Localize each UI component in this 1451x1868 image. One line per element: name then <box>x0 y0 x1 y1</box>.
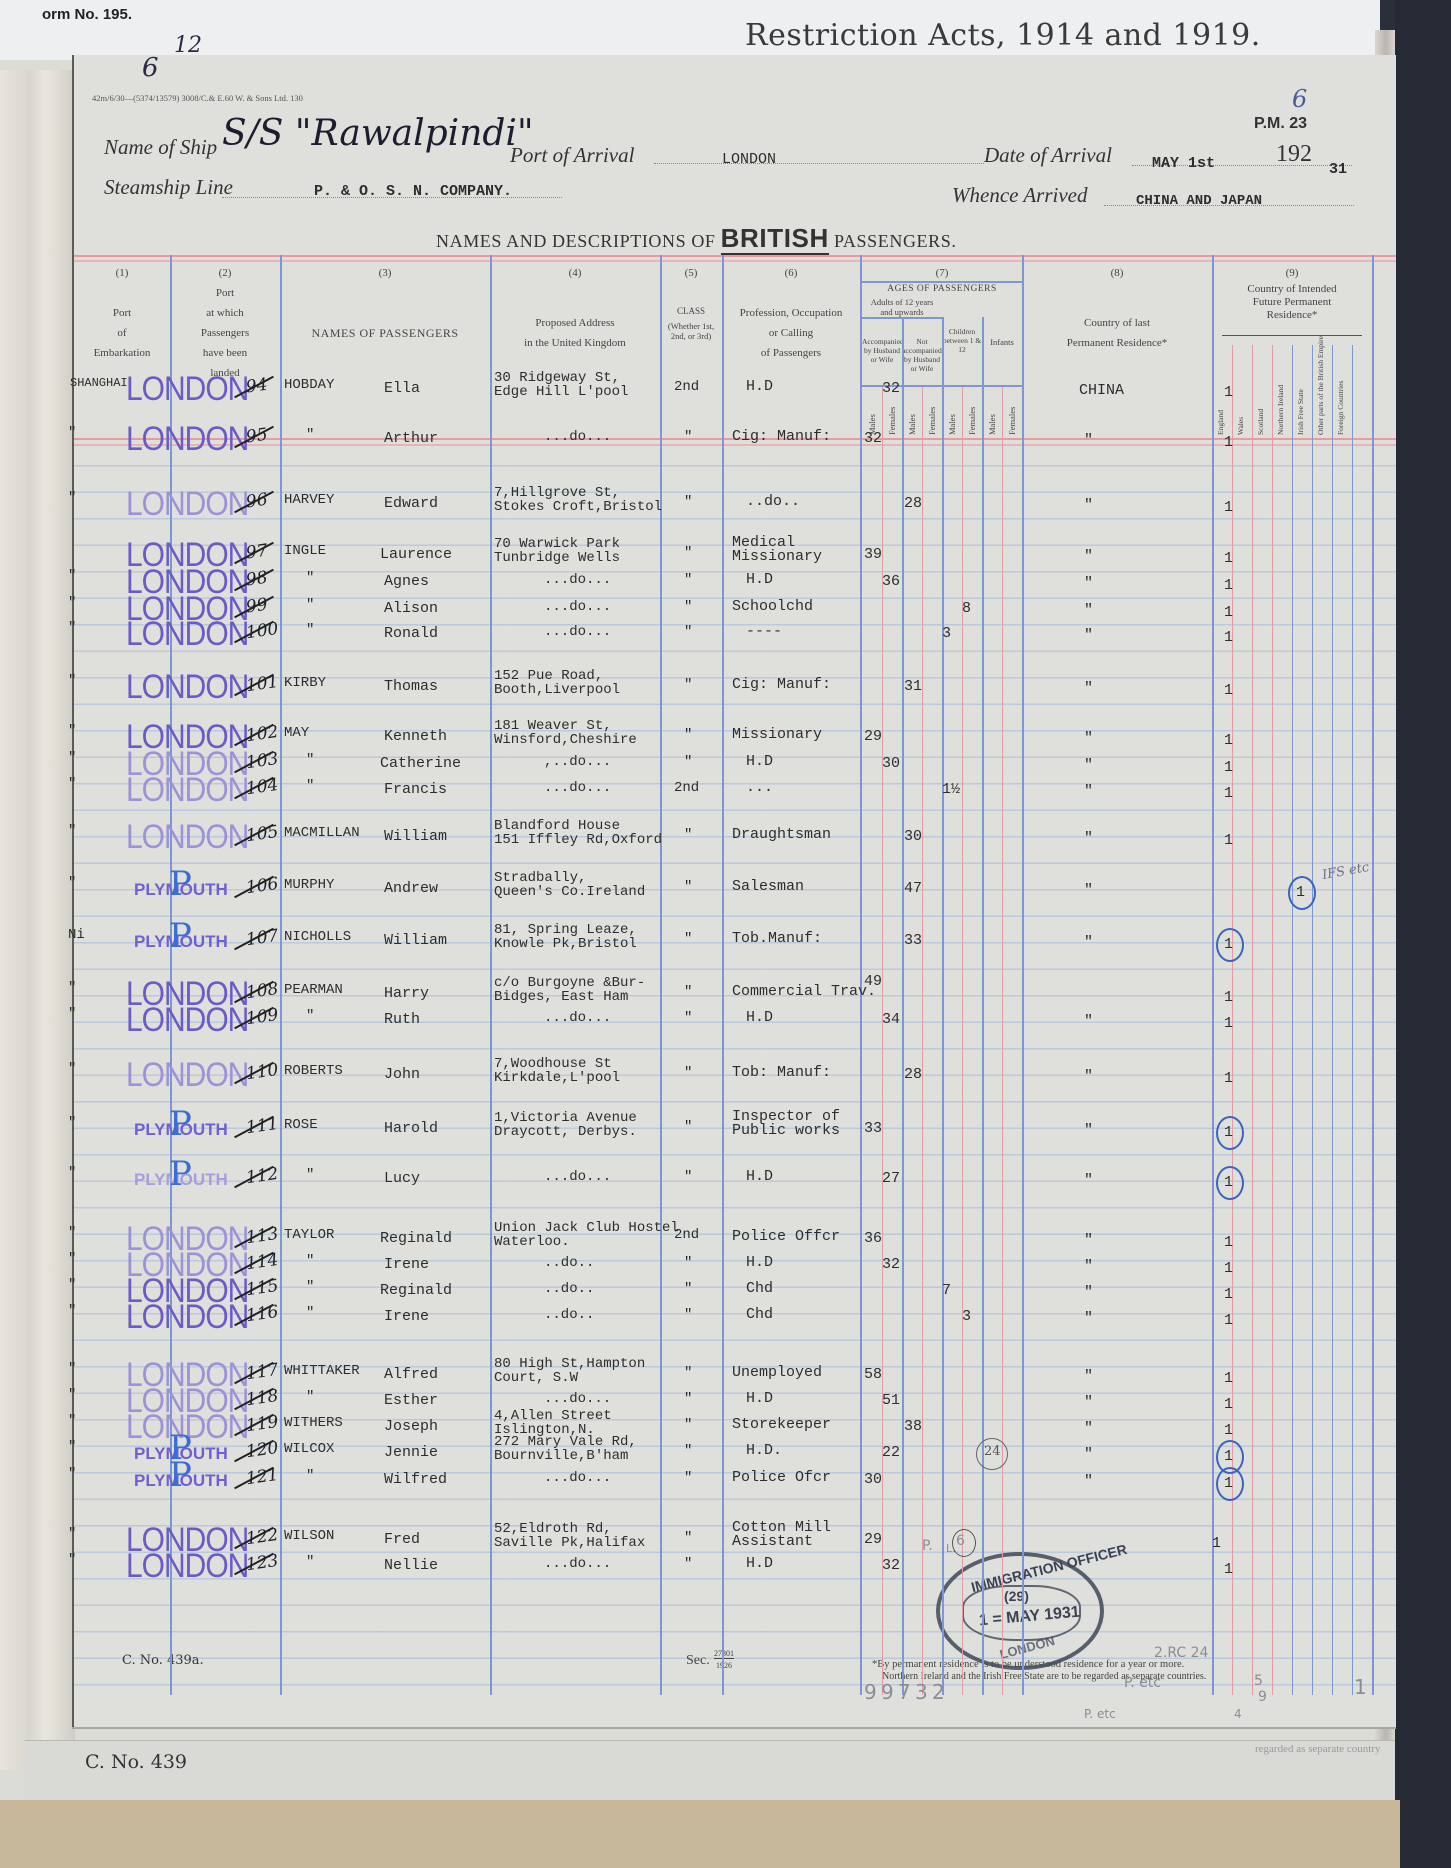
surname: MURPHY <box>284 878 334 892</box>
pencil-annotation: 1 <box>1354 1675 1367 1699</box>
occupation: H.D <box>746 380 773 394</box>
country-last-residence: " <box>1084 1172 1093 1189</box>
future-residence-sub-label: Wales <box>1236 351 1245 435</box>
port-of-embarkation: " <box>68 1226 76 1240</box>
passenger-class: " <box>684 573 692 587</box>
country-last-residence: " <box>1084 1284 1093 1301</box>
port-of-embarkation: SHANGHAI <box>70 376 128 390</box>
passenger-class: " <box>684 625 692 639</box>
future-residence-count: 1 <box>1224 1370 1233 1387</box>
sec-numerator: 27301 <box>714 1649 734 1659</box>
future-residence-count: 1 <box>1224 434 1233 451</box>
males-label: Males <box>987 395 997 435</box>
given-name: Kenneth <box>384 728 447 745</box>
port-of-embarkation: " <box>68 1062 76 1076</box>
proposed-address: ...do... <box>544 1392 611 1406</box>
females-label: Females <box>967 395 977 435</box>
port-of-embarkation: " <box>68 1304 76 1318</box>
accompanied-header: Accompanied by Husband or Wife <box>862 337 902 364</box>
future-residence-sub-label: Irish Free State <box>1296 351 1305 435</box>
occupation: ---- <box>746 625 782 639</box>
underlying-page-note: regarded as separate country <box>1255 1743 1381 1755</box>
country-last-residence: " <box>1084 1420 1093 1437</box>
passenger-class: " <box>684 1170 692 1184</box>
occupation: ..do.. <box>746 495 800 509</box>
dark-background <box>1395 0 1451 1868</box>
passenger-class: " <box>684 880 692 894</box>
proposed-address: 52,Eldroth Rd, Saville Pk,Halifax <box>494 1522 645 1550</box>
date-value: MAY 1st <box>1152 155 1215 172</box>
proposed-address: 152 Pue Road, Booth,Liverpool <box>494 669 620 697</box>
country-last-residence: " <box>1084 602 1093 619</box>
surname: KIRBY <box>284 676 326 690</box>
males-label: Males <box>907 395 917 435</box>
pm-number-hand: 6 <box>1292 85 1307 113</box>
landing-port-stamp: LONDON <box>126 370 248 409</box>
proposed-address: ...do... <box>544 1471 611 1485</box>
col9-header: (9) Country of Intended Future Permanent… <box>1212 263 1372 322</box>
pm-number: P.M. 23 <box>1254 115 1307 133</box>
proposed-address: ...do... <box>544 573 611 587</box>
passenger-class: " <box>684 1011 692 1025</box>
given-name: Reginald <box>380 1282 452 1299</box>
given-name: Reginald <box>380 1230 452 1247</box>
future-residence-count: 1 <box>1224 1234 1233 1251</box>
port-of-embarkation: " <box>68 1440 76 1454</box>
top-sheet-title: Restriction Acts, 1914 and 1919. <box>745 18 1261 53</box>
given-name: Andrew <box>384 880 438 897</box>
country-last-residence: " <box>1084 830 1093 847</box>
occupation: Cotton Mill Assistant <box>732 1521 831 1549</box>
ship-value: S/S "Rawalpindi" <box>222 113 534 154</box>
given-name: Joseph <box>384 1418 438 1435</box>
occupation: Cig: Manuf: <box>732 678 831 692</box>
proposed-address: 30 Ridgeway St, Edge Hill L'pool <box>494 371 628 399</box>
port-of-embarkation: " <box>68 426 76 440</box>
port-value: LONDON <box>722 151 776 168</box>
proposed-address: 181 Weaver St, Winsford,Cheshire <box>494 719 637 747</box>
pencil-total: 9 <box>864 1680 877 1704</box>
surname: ROSE <box>284 1118 318 1132</box>
future-residence-sub-label: Other parts of the British Empire <box>1316 351 1325 435</box>
surname: TAYLOR <box>284 1228 334 1242</box>
landing-port-stamp: LONDON <box>126 1001 248 1040</box>
page-title: NAMES AND DESCRIPTIONS OF BRITISH PASSEN… <box>436 223 956 254</box>
proposed-address: 70 Warwick Park Tunbridge Wells <box>494 537 620 565</box>
age: 51 <box>882 1392 900 1409</box>
age: 49 <box>864 973 882 990</box>
proposed-address: ...do... <box>544 600 611 614</box>
port-of-embarkation: " <box>68 1252 76 1266</box>
age: 33 <box>864 1120 882 1137</box>
passenger-class: " <box>684 1471 692 1485</box>
passenger-class: " <box>684 1120 692 1134</box>
p-mark-icon: P <box>169 864 192 904</box>
future-residence-count: 1 <box>1224 732 1233 749</box>
not-accompanied-header: Not accompanied by Husband or Wife <box>902 337 942 373</box>
proposed-address: 80 High St,Hampton Court, S.W <box>494 1357 645 1385</box>
surname: " <box>306 1254 314 1268</box>
occupation: Missionary <box>732 728 822 742</box>
surname: ROBERTS <box>284 1064 343 1078</box>
given-name: Agnes <box>384 573 429 590</box>
country-last-residence: " <box>1084 548 1093 565</box>
surname: " <box>306 1390 314 1404</box>
page-number-hand: 6 <box>142 53 159 83</box>
passenger-class: " <box>684 600 692 614</box>
females-label: Females <box>927 395 937 435</box>
surname: NICHOLLS <box>284 930 351 944</box>
age: 8 <box>962 600 971 617</box>
proposed-address: Union Jack Club Hostel Waterloo. <box>494 1221 679 1249</box>
occupation: H.D <box>746 573 773 587</box>
country-last-residence: " <box>1084 1013 1093 1030</box>
future-residence-count: 1 <box>1224 785 1233 802</box>
line-label: Steamship Line <box>104 175 233 200</box>
passenger-class: " <box>684 1531 692 1545</box>
ship-label: Name of Ship <box>104 135 217 160</box>
occupation: Police Offcr <box>732 1230 840 1244</box>
proposed-address: 81, Spring Leaze, Knowle Pk,Bristol <box>494 923 637 951</box>
future-residence-count: 1 <box>1224 1422 1233 1439</box>
proposed-address: 272 Mary Vale Rd, Bournville,B'ham <box>494 1435 637 1463</box>
occupation: H.D <box>746 1170 773 1184</box>
pencil-annotation: P. <box>922 1538 933 1554</box>
landing-port-stamp: LONDON <box>126 485 248 524</box>
future-residence-count: 1 <box>1224 759 1233 776</box>
surname: HARVEY <box>284 493 334 507</box>
given-name: Arthur <box>384 430 438 447</box>
given-name: Irene <box>384 1308 429 1325</box>
surname: INGLE <box>284 544 326 558</box>
passenger-class: " <box>684 430 692 444</box>
pencil-total: 3 <box>915 1680 928 1704</box>
port-of-embarkation: " <box>68 751 76 765</box>
proposed-address: Stradbally, Queen's Co.Ireland <box>494 871 645 899</box>
passenger-class: 2nd <box>674 380 699 394</box>
year-suffix: 31 <box>1329 161 1347 178</box>
passenger-class: " <box>684 932 692 946</box>
proposed-address: ...do... <box>544 625 611 639</box>
future-residence-count: 1 <box>1224 1396 1233 1413</box>
given-name: Catherine <box>380 755 461 772</box>
port-of-embarkation: Ni <box>68 928 85 942</box>
surname: " <box>306 1280 314 1294</box>
country-last-residence: " <box>1084 680 1093 697</box>
country-last-residence: " <box>1084 1258 1093 1275</box>
passenger-class: " <box>684 1282 692 1296</box>
age: 29 <box>864 1531 882 1548</box>
country-last-residence: " <box>1084 1310 1093 1327</box>
proposed-address: ..do.. <box>544 1282 594 1296</box>
future-residence-count: 1 <box>1224 629 1233 646</box>
port-of-embarkation: " <box>68 1388 76 1402</box>
col3-header: (3) NAMES OF PASSENGERS <box>280 263 490 343</box>
landing-port-stamp: LONDON <box>126 1547 248 1586</box>
col6-header: (6) Profession, Occupation or Calling of… <box>722 263 860 363</box>
surname: HOBDAY <box>284 378 334 392</box>
surname: WILCOX <box>284 1442 334 1456</box>
form-number: C. No. 439a. <box>122 1653 204 1668</box>
p-mark-icon: P <box>169 1455 192 1495</box>
given-name: Harry <box>384 985 429 1002</box>
males-label: Males <box>867 395 877 435</box>
surname: MACMILLAN <box>284 826 360 840</box>
age: 27 <box>882 1170 900 1187</box>
future-residence-sub-label: Foreign Countries <box>1336 351 1345 435</box>
country-last-residence: " <box>1084 730 1093 747</box>
pencil-annotation: 9 <box>1258 1689 1267 1705</box>
proposed-address: 4,Allen Street Islington,N. <box>494 1409 612 1437</box>
port-of-embarkation: " <box>68 981 76 995</box>
males-label: Males <box>947 395 957 435</box>
passenger-class: 2nd <box>674 781 699 795</box>
occupation: H.D <box>746 1557 773 1571</box>
circled-mark-icon <box>1216 1166 1244 1200</box>
given-name: Laurence <box>380 546 452 563</box>
country-last-residence: " <box>1084 1068 1093 1085</box>
age: 3 <box>942 625 951 642</box>
surname: " <box>306 428 314 442</box>
passenger-class: " <box>684 1066 692 1080</box>
landing-port-stamp: LONDON <box>126 771 248 810</box>
age: 30 <box>904 828 922 845</box>
port-of-embarkation: " <box>68 1362 76 1376</box>
occupation: Medical Missionary <box>732 536 822 564</box>
pencil-annotation: P. etc <box>1124 1675 1161 1691</box>
sec-label: Sec. <box>686 1653 710 1669</box>
occupation: H.D <box>746 1011 773 1025</box>
age: 30 <box>882 755 900 772</box>
proposed-address: 7,Woodhouse St Kirkdale,L'pool <box>494 1057 620 1085</box>
future-residence-count: 1 <box>1224 1260 1233 1277</box>
country-last-residence: " <box>1084 757 1093 774</box>
line-value: P. & O. S. N. COMPANY. <box>314 183 512 200</box>
age: 32 <box>882 380 900 397</box>
circled-mark-icon <box>1216 1467 1244 1501</box>
passenger-class: " <box>684 755 692 769</box>
given-name: Alison <box>384 600 438 617</box>
age: 28 <box>904 1066 922 1083</box>
port-of-embarkation: " <box>68 824 76 838</box>
country-last-residence: " <box>1084 1446 1093 1463</box>
occupation: H.D <box>746 1392 773 1406</box>
given-name: William <box>384 828 447 845</box>
future-residence-sub-label: Scotland <box>1256 351 1265 435</box>
print-code: 42m/6/30—(5374/13579) 3008/C.& E.60 W. &… <box>92 93 303 103</box>
country-last-residence: CHINA <box>1079 382 1124 399</box>
port-of-embarkation: " <box>68 596 76 610</box>
occupation: Unemployed <box>732 1366 822 1380</box>
passenger-class: " <box>684 728 692 742</box>
future-residence-count: 1 <box>1224 1286 1233 1303</box>
given-name: Harold <box>384 1120 438 1137</box>
age: 47 <box>904 880 922 897</box>
given-name: Thomas <box>384 678 438 695</box>
passenger-class: " <box>684 495 692 509</box>
whence-label: Whence Arrived <box>952 183 1087 208</box>
occupation: Cig: Manuf: <box>732 430 831 444</box>
passenger-class: " <box>684 1366 692 1380</box>
col4-header: (4) Proposed Address in the United Kingd… <box>490 263 660 353</box>
country-last-residence: " <box>1084 497 1093 514</box>
landing-port-stamp: LONDON <box>126 1298 248 1337</box>
adults-header: Adults of 12 years and upwards <box>864 297 940 317</box>
children-header: Children between 1 & 12 <box>942 327 982 354</box>
country-last-residence: " <box>1084 934 1093 951</box>
age: 34 <box>882 1011 900 1028</box>
females-label: Females <box>1007 395 1017 435</box>
occupation: Salesman <box>732 880 804 894</box>
surname: " <box>306 598 314 612</box>
circled-mark-icon <box>1216 1116 1244 1150</box>
given-name: Nellie <box>384 1557 438 1574</box>
occupation: H.D <box>746 1256 773 1270</box>
p-mark-icon: P <box>169 916 192 956</box>
port-of-embarkation: " <box>68 1553 76 1567</box>
given-name: Francis <box>384 781 447 798</box>
age: 28 <box>904 495 922 512</box>
port-of-embarkation: " <box>68 724 76 738</box>
surname: " <box>306 1168 314 1182</box>
port-of-embarkation: " <box>68 569 76 583</box>
given-name: Wilfred <box>384 1471 447 1488</box>
landing-port-stamp: LONDON <box>126 615 248 654</box>
age: 38 <box>904 1418 922 1435</box>
pencil-total: 9 <box>881 1680 894 1704</box>
given-name: William <box>384 932 447 949</box>
age: 1½ <box>942 781 960 798</box>
future-residence-count: 1 <box>1224 1312 1233 1329</box>
future-residence-count: 1 <box>1224 1070 1233 1087</box>
proposed-address: ..do.. <box>544 1308 594 1322</box>
surname: " <box>306 571 314 585</box>
port-of-embarkation: " <box>68 1278 76 1292</box>
col5-header: (5) CLASS (Whether 1st, 2nd, or 3rd) <box>660 263 722 341</box>
proposed-address: ...do... <box>544 1011 611 1025</box>
occupation: H.D. <box>746 1444 782 1458</box>
sec-denominator: 1926 <box>716 1661 732 1670</box>
country-last-residence: " <box>1084 1232 1093 1249</box>
surname: " <box>306 1306 314 1320</box>
future-residence-count: 1 <box>1212 1535 1221 1552</box>
port-of-embarkation: " <box>68 876 76 890</box>
country-last-residence: " <box>1084 627 1093 644</box>
port-of-embarkation: " <box>68 777 76 791</box>
age: 36 <box>882 573 900 590</box>
port-of-embarkation: " <box>68 621 76 635</box>
year-prefix: 192 <box>1276 141 1312 168</box>
surname: " <box>306 1555 314 1569</box>
col8-header: (8) Country of last Permanent Residence* <box>1022 263 1212 353</box>
surname: " <box>306 1009 314 1023</box>
future-residence-count: 1 <box>1224 604 1233 621</box>
age: 32 <box>864 430 882 447</box>
passenger-class: " <box>684 546 692 560</box>
surname: PEARMAN <box>284 983 343 997</box>
given-name: Ella <box>384 380 420 397</box>
port-of-embarkation: " <box>68 1467 76 1481</box>
occupation: Storekeeper <box>732 1418 831 1432</box>
proposed-address: c/o Burgoyne &Bur- Bidges, East Ham <box>494 976 645 1004</box>
given-name: Irene <box>384 1256 429 1273</box>
future-residence-count: 1 <box>1224 832 1233 849</box>
occupation: Chd <box>746 1308 773 1322</box>
given-name: Ruth <box>384 1011 420 1028</box>
pencil-annotation: P. etc <box>1084 1707 1116 1721</box>
whence-value: CHINA AND JAPAN <box>1136 193 1262 209</box>
form-code: orm No. 195. <box>42 6 132 23</box>
surname: WHITTAKER <box>284 1364 360 1378</box>
proposed-address: ...do... <box>544 430 611 444</box>
passenger-class: " <box>684 1418 692 1432</box>
pencil-total: 2 <box>932 1680 945 1704</box>
future-residence-count: 1 <box>1224 1561 1233 1578</box>
given-name: John <box>384 1066 420 1083</box>
top-overlapping-sheet: Restriction Acts, 1914 and 1919. <box>0 0 1380 60</box>
date-label: Date of Arrival <box>984 143 1112 168</box>
future-residence-count: 1 <box>1224 499 1233 516</box>
landing-port-stamp: LONDON <box>126 420 248 459</box>
passenger-class: " <box>684 828 692 842</box>
age: 32 <box>882 1256 900 1273</box>
females-label: Females <box>887 395 897 435</box>
proposed-address: ,..do... <box>544 755 611 769</box>
underlying-page: C. No. 439 regarded as separate country <box>25 1740 1395 1801</box>
landing-port-stamp: LONDON <box>126 1056 248 1095</box>
p-mark-icon: P <box>169 1104 192 1144</box>
country-last-residence: " <box>1084 783 1093 800</box>
underlying-page-label: C. No. 439 <box>85 1751 187 1773</box>
pencil-total: 7 <box>898 1680 911 1704</box>
proposed-address: ...do... <box>544 1170 611 1184</box>
proposed-address: ..do.. <box>544 1256 594 1270</box>
circled-mark-icon <box>1288 876 1316 910</box>
country-last-residence: " <box>1084 432 1093 449</box>
circled-pencil-icon <box>952 1529 976 1557</box>
occupation: Draughtsman <box>732 828 831 842</box>
age: 7 <box>942 1282 951 1299</box>
given-name: Jennie <box>384 1444 438 1461</box>
occupation: Inspector of Public works <box>732 1110 840 1138</box>
infants-header: Infants <box>982 337 1022 347</box>
country-last-residence: " <box>1084 1394 1093 1411</box>
circled-mark-icon <box>1216 928 1244 962</box>
occupation: H.D <box>746 755 773 769</box>
occupation: Schoolchd <box>732 600 813 614</box>
occupation: Chd <box>746 1282 773 1296</box>
pencil-annotation: 4 <box>1234 1707 1242 1721</box>
age: 31 <box>904 678 922 695</box>
occupation: Tob.Manuf: <box>732 932 822 946</box>
age: 36 <box>864 1230 882 1247</box>
proposed-address: ...do... <box>544 1557 611 1571</box>
circled-pencil-icon <box>976 1438 1008 1470</box>
given-name: Lucy <box>384 1170 420 1187</box>
proposed-address: ...do... <box>544 781 611 795</box>
surname: " <box>306 779 314 793</box>
given-name: Ronald <box>384 625 438 642</box>
port-of-embarkation: " <box>68 491 76 505</box>
surname: MAY <box>284 726 309 740</box>
proposed-address: 1,Victoria Avenue Draycott, Derbys. <box>494 1111 637 1139</box>
future-residence-count: 1 <box>1224 1015 1233 1032</box>
future-residence-count: 1 <box>1224 550 1233 567</box>
passenger-class: 2nd <box>674 1228 699 1242</box>
port-of-embarkation: " <box>68 1166 76 1180</box>
given-name: Fred <box>384 1531 420 1548</box>
landing-port-stamp: LONDON <box>126 668 248 707</box>
